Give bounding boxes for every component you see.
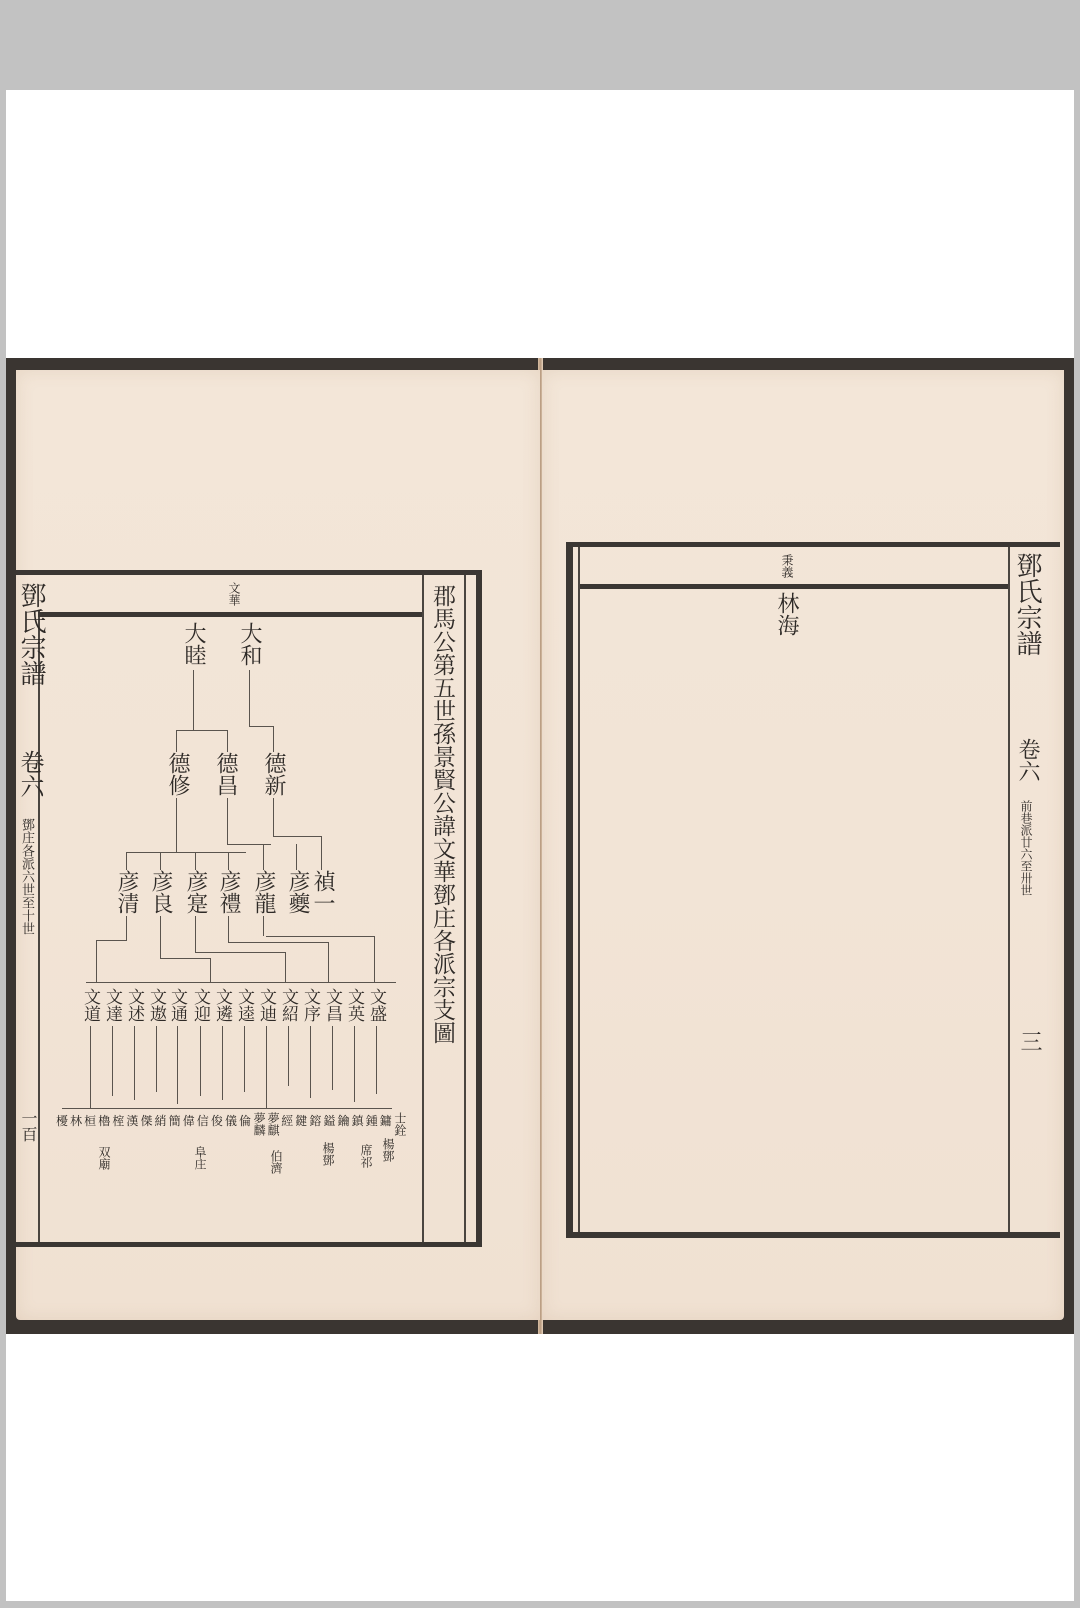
title-column-rule-right xyxy=(464,575,466,1242)
gen5-name: 榁 xyxy=(112,1112,124,1136)
gen4-name: 文通 xyxy=(168,988,185,1022)
gen5-name: 鎰 xyxy=(323,1112,335,1136)
gen5-name: 鍵 xyxy=(295,1112,307,1136)
frame-inner-left-rule xyxy=(578,547,580,1232)
gen4-name: 文述 xyxy=(125,988,142,1022)
chart-title: 郡馬公第五世孫景賢公諱文華鄧庄各派宗支圖 xyxy=(430,584,453,1044)
gen4-name: 文遨 xyxy=(147,988,164,1022)
gen5-name: 經 xyxy=(281,1112,293,1136)
gen4-name: 文序 xyxy=(301,988,318,1022)
gen3-name: 彦禮 xyxy=(217,870,239,914)
margin-book-title: 鄧氏宗譜 xyxy=(1014,552,1040,656)
margin-book-title: 鄧氏宗譜 xyxy=(18,582,44,686)
frame-bottom-rule xyxy=(566,1232,1060,1238)
gen5-name: 漢 xyxy=(126,1112,138,1136)
gen5-name: 信 xyxy=(197,1112,209,1136)
annotation: 席祁 xyxy=(360,1144,372,1168)
gen3-name: 彦良 xyxy=(149,870,171,914)
gen5-name: 士銓 xyxy=(394,1112,406,1136)
gen3-name: 彦龍 xyxy=(252,870,274,914)
annotation: 阜庄 xyxy=(194,1146,206,1170)
gen2-name: 德修 xyxy=(166,752,188,796)
gen1-name: 大和 xyxy=(238,622,260,666)
root-label: 文華 xyxy=(228,582,240,606)
gen4-name: 文盛 xyxy=(367,988,384,1022)
gen5-name: 儀 xyxy=(225,1112,237,1136)
gen3-name: 彦夔 xyxy=(286,870,308,914)
left-page: 鄧氏宗譜 卷六 鄧庄各派六世至十世 一百 郡馬公第五世孫景賢公諱文華鄧庄各派宗支… xyxy=(16,370,540,1320)
gen5-name: 櫌 xyxy=(56,1112,68,1136)
gen5-row: 櫌 林 桓 櫓 榁 漢 傑 綃 簡 偉 信 俊 儀 倫 夢麟 夢麒 經 鍵 鎔 … xyxy=(56,1112,406,1136)
gen4-name: 文昌 xyxy=(323,988,340,1022)
margin-section: 鄧庄各派六世至十世 xyxy=(20,818,33,935)
gen5-name: 傑 xyxy=(140,1112,152,1136)
gen5-name: 桓 xyxy=(84,1112,96,1136)
book-scan: 鄧氏宗譜 卷六 鄧庄各派六世至十世 一百 郡馬公第五世孫景賢公諱文華鄧庄各派宗支… xyxy=(6,358,1074,1334)
annotation: 楊鄧 xyxy=(322,1142,334,1166)
frame-bottom-rule xyxy=(16,1242,482,1247)
gen4-name: 文英 xyxy=(345,988,362,1022)
gen3-name: 禎一 xyxy=(311,870,333,914)
root-label: 秉義 xyxy=(781,554,793,578)
gen5-name: 倫 xyxy=(239,1112,251,1136)
annotation: 伯濟 xyxy=(270,1150,282,1174)
gen3-name: 彦寔 xyxy=(184,870,206,914)
gen4-name: 文逵 xyxy=(235,988,252,1022)
header-rule xyxy=(580,584,1008,589)
frame-right-rule xyxy=(476,570,482,1247)
gen2-name: 德昌 xyxy=(214,752,236,796)
header-rule xyxy=(38,612,422,617)
right-page: 秉義 林海 鄧氏宗譜 卷六 前巷派廿六至卅世 三 xyxy=(542,370,1064,1320)
gen3-name: 彦清 xyxy=(115,870,137,914)
gen5-name: 鎔 xyxy=(309,1112,321,1136)
margin-page-number: 三 xyxy=(1018,1030,1040,1052)
frame-top-rule xyxy=(16,570,480,575)
gen5-name: 夢麟 xyxy=(253,1112,265,1136)
gen4-name: 文遴 xyxy=(213,988,230,1022)
gen5-name: 夢麒 xyxy=(267,1112,279,1136)
gen4-name: 文道 xyxy=(81,988,98,1022)
margin-page-number: 一百 xyxy=(20,1110,36,1142)
margin-volume: 卷六 xyxy=(18,750,42,798)
gen5-name: 綃 xyxy=(155,1112,167,1136)
annotation: 双廟 xyxy=(98,1146,110,1170)
gen4-name: 文迎 xyxy=(191,988,208,1022)
annotation: 楊鄧 xyxy=(382,1138,394,1162)
title-column-rule xyxy=(422,575,424,1242)
gen5-name: 鍾 xyxy=(366,1112,378,1136)
gen4-name: 文紹 xyxy=(279,988,296,1022)
gen5-name: 俊 xyxy=(211,1112,223,1136)
gen5-name: 櫓 xyxy=(98,1112,110,1136)
frame-inner-left-rule xyxy=(38,610,40,1242)
gen2-name: 德新 xyxy=(262,752,284,796)
gen5-name: 簡 xyxy=(169,1112,181,1136)
frame-top-rule xyxy=(566,542,1060,547)
gen5-name: 鏞 xyxy=(380,1112,392,1136)
gen4-name: 文達 xyxy=(103,988,120,1022)
gen5-name: 鑰 xyxy=(338,1112,350,1136)
gen1-name: 大睦 xyxy=(182,622,204,666)
gen4-name: 文迪 xyxy=(257,988,274,1022)
margin-section: 前巷派廿六至卅世 xyxy=(1020,800,1032,896)
gen5-name: 鎮 xyxy=(352,1112,364,1136)
frame-left-rule xyxy=(566,542,573,1238)
margin-volume: 卷六 xyxy=(1016,738,1038,782)
right-page-name: 林海 xyxy=(775,592,797,636)
margin-column-rule xyxy=(1008,547,1010,1232)
gen5-name: 林 xyxy=(70,1112,82,1136)
gen5-name: 偉 xyxy=(183,1112,195,1136)
